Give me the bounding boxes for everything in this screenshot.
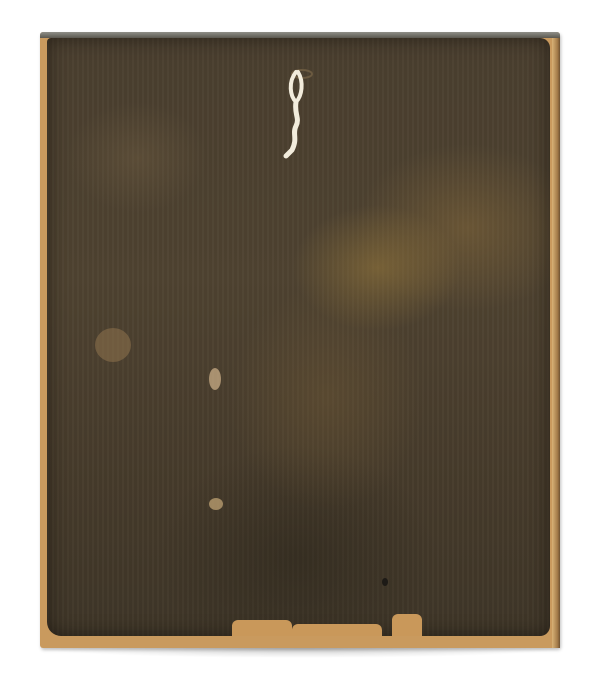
stain-spot bbox=[209, 368, 221, 390]
stain-spot bbox=[95, 328, 131, 362]
nail-hole bbox=[382, 578, 388, 586]
stain-spot bbox=[209, 498, 223, 510]
worn-wood-patch bbox=[392, 614, 422, 636]
worn-wood-patch bbox=[292, 624, 382, 636]
panel-right-edge bbox=[552, 38, 560, 648]
worn-wood-patch bbox=[232, 620, 292, 636]
string-hanging-loop-icon bbox=[280, 66, 316, 162]
